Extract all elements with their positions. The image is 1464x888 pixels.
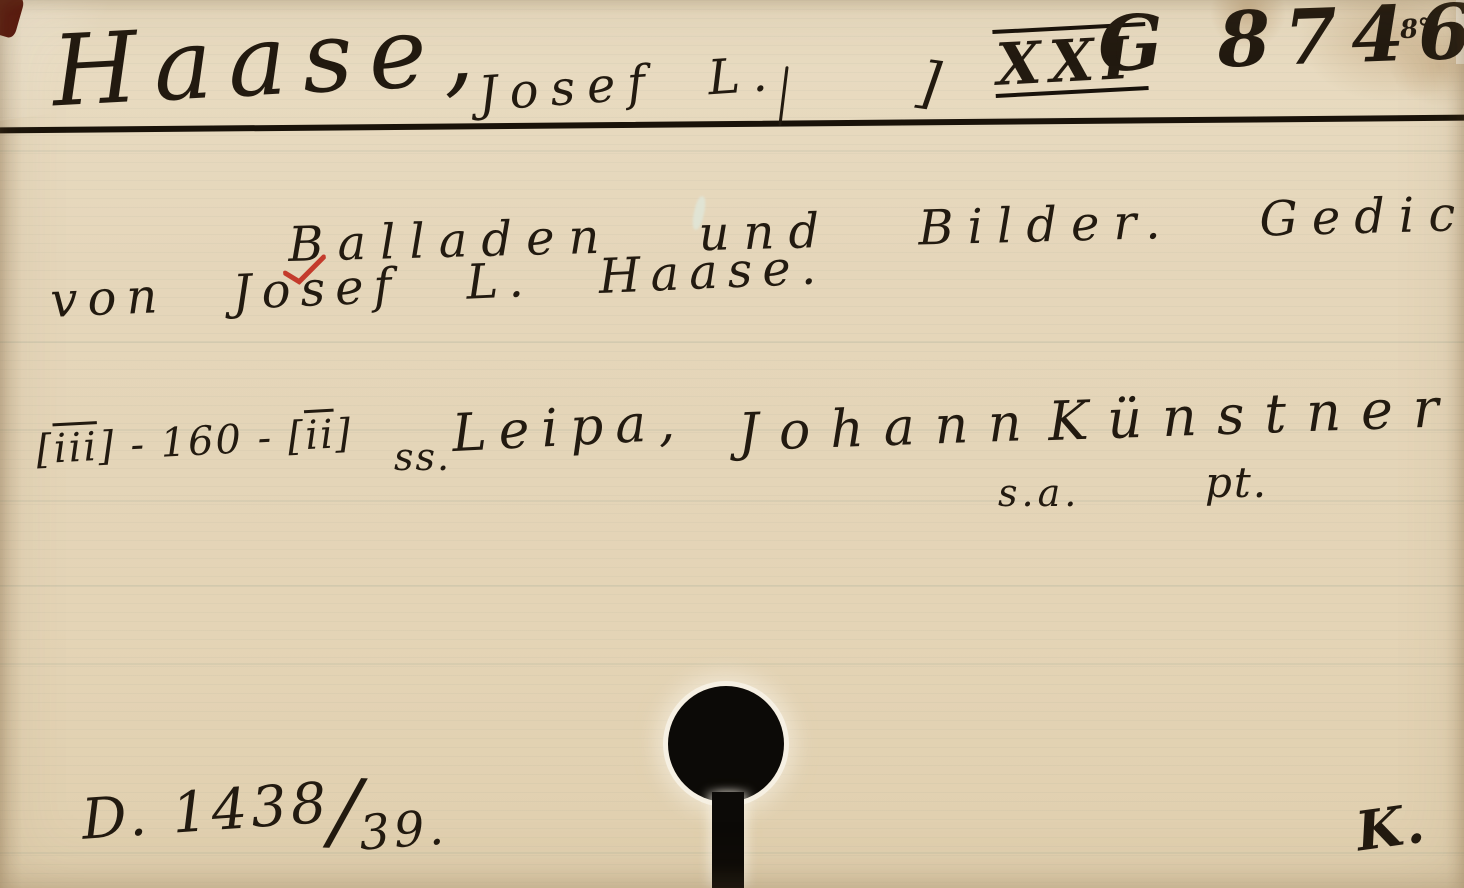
accession-number: D. 1438/39. xyxy=(79,761,454,873)
red-check-mark xyxy=(282,254,329,286)
punch-hole-slot xyxy=(712,792,744,888)
scan-line xyxy=(0,585,1464,587)
scan-line xyxy=(0,150,1464,152)
scan-line xyxy=(0,663,1464,665)
collation-statement: [iii] - 160 - [ii] xyxy=(35,414,353,471)
collation-roman-2: ii xyxy=(304,412,336,459)
catalog-card: Haase, Josef L. ] XXI G 8746 8°· Ballade… xyxy=(0,0,1464,888)
punch-hole xyxy=(668,686,784,802)
collation-close: ] xyxy=(334,411,354,458)
accession-prefix: D. 1438 xyxy=(80,771,333,853)
collation-roman-1: iii xyxy=(53,424,100,472)
cataloguer-initial: K. xyxy=(1353,795,1430,858)
imprint-publisher-surname: Künstner xyxy=(1047,381,1459,449)
imprint-place: Leipa, xyxy=(451,396,688,460)
imprint-publisher-forename: Johann xyxy=(737,397,1042,460)
heading-forename: Josef L. xyxy=(477,50,781,119)
bracket-mark: ] xyxy=(914,55,943,113)
imprint-format-note: pt. xyxy=(1205,462,1268,504)
catalog-card-scan: { "card": { "heading": { "surname": "Haa… xyxy=(0,0,1464,888)
title-line-2: von Josef L. Haase. xyxy=(49,243,827,325)
heading-surname: Haase, xyxy=(50,1,492,122)
accession-suffix: 39. xyxy=(358,804,449,858)
collation-middle: ] - 160 - [ xyxy=(97,413,307,470)
imprint-date-note: s.a. xyxy=(998,474,1080,512)
pages-unit: ss. xyxy=(394,438,451,476)
corner-stain xyxy=(0,0,25,39)
shelfmark-format: 8°· xyxy=(1399,15,1441,44)
scan-line xyxy=(0,341,1464,343)
